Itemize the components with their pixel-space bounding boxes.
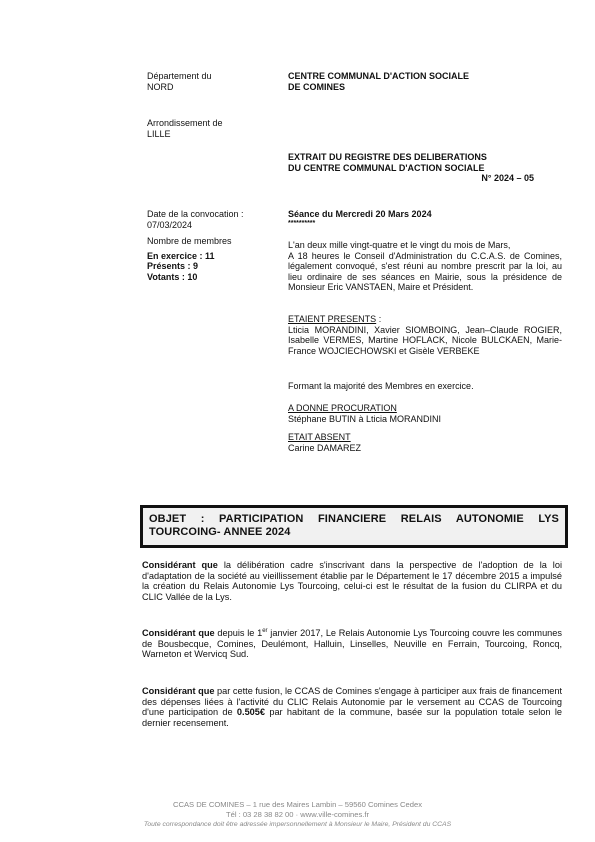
considerant-lead: Considérant que: [142, 628, 215, 638]
convocation-block: Date de la convocation : 07/03/2024: [147, 209, 282, 230]
org-name-line-1: CENTRE COMMUNAL D'ACTION SOCIALE: [288, 71, 562, 82]
footer: CCAS DE COMINES – 1 rue des Maires Lambi…: [0, 800, 595, 830]
footer-note: Toute correspondance doit être adressée …: [0, 820, 595, 830]
intro-line-1: L'an deux mille vingt-quatre et le vingt…: [288, 240, 562, 251]
seance-stars: **********: [288, 220, 562, 228]
considerant-3: Considérant que par cette fusion, le CCA…: [142, 686, 562, 728]
procuration-heading: A DONNE PROCURATION: [288, 403, 562, 414]
extract-title-line-2: DU CENTRE COMMUNAL D'ACTION SOCIALE: [288, 163, 562, 174]
members-block: Nombre de membres En exercice : 11 Prése…: [147, 236, 282, 282]
footer-address: CCAS DE COMINES – 1 rue des Maires Lambi…: [0, 800, 595, 810]
organization-name: CENTRE COMMUNAL D'ACTION SOCIALE DE COMI…: [288, 71, 562, 92]
procuration-text: Stéphane BUTIN à Lticia MORANDINI: [288, 414, 562, 425]
department-label: Département du: [147, 71, 282, 82]
arrondissement-value: LILLE: [147, 129, 282, 140]
presents-names: Lticia MORANDINI, Xavier SIOMBOING, Jean…: [288, 325, 562, 357]
intro-block: L'an deux mille vingt-quatre et le vingt…: [288, 240, 562, 293]
participation-amount: 0.505€: [237, 707, 265, 717]
objet-box: OBJET : PARTICIPATION FINANCIERE RELAIS …: [140, 505, 568, 548]
absent-heading: ETAIT ABSENT: [288, 432, 562, 443]
intro-text: A 18 heures le Conseil d'Administration …: [288, 251, 562, 293]
seance-block: Séance du Mercredi 20 Mars 2024 ********…: [288, 209, 562, 228]
objet-title: OBJET : PARTICIPATION FINANCIERE RELAIS …: [149, 513, 559, 539]
members-title: Nombre de membres: [147, 236, 282, 247]
extract-title-line-1: EXTRAIT DU REGISTRE DES DELIBERATIONS: [288, 152, 562, 163]
members-en-exercice: En exercice : 11: [147, 251, 282, 262]
presents-heading-suffix: :: [376, 314, 381, 324]
footer-contact: Tél : 03 28 38 82 00 · www.ville-comines…: [0, 810, 595, 820]
considerant-1: Considérant que la délibération cadre s'…: [142, 560, 562, 602]
considerant-lead: Considérant que: [142, 686, 215, 696]
considerant-2: Considérant que depuis le 1er janvier 20…: [142, 628, 562, 660]
convocation-date: 07/03/2024: [147, 220, 282, 231]
absent-text: Carine DAMAREZ: [288, 443, 562, 454]
arrondissement-label: Arrondissement de: [147, 118, 282, 129]
deliberation-number: N° 2024 – 05: [288, 173, 534, 184]
procuration-block: A DONNE PROCURATION Stéphane BUTIN à Lti…: [288, 403, 562, 424]
department-block: Département du NORD: [147, 71, 282, 92]
org-name-line-2: DE COMINES: [288, 82, 562, 93]
department-value: NORD: [147, 82, 282, 93]
members-votants: Votants : 10: [147, 272, 282, 283]
convocation-label: Date de la convocation :: [147, 209, 282, 220]
presents-heading: ETAIENT PRESENTS: [288, 314, 376, 324]
considerant-text-before: depuis le 1: [215, 628, 263, 638]
arrondissement-block: Arrondissement de LILLE: [147, 118, 282, 139]
presents-block: ETAIENT PRESENTS : Lticia MORANDINI, Xav…: [288, 314, 562, 356]
absent-block: ETAIT ABSENT Carine DAMAREZ: [288, 432, 562, 453]
majority-statement: Formant la majorité des Membres en exerc…: [288, 381, 562, 392]
considerant-lead: Considérant que: [142, 560, 218, 570]
seance-title: Séance du Mercredi 20 Mars 2024: [288, 209, 562, 220]
extract-title: EXTRAIT DU REGISTRE DES DELIBERATIONS DU…: [288, 152, 562, 173]
members-presents: Présents : 9: [147, 261, 282, 272]
